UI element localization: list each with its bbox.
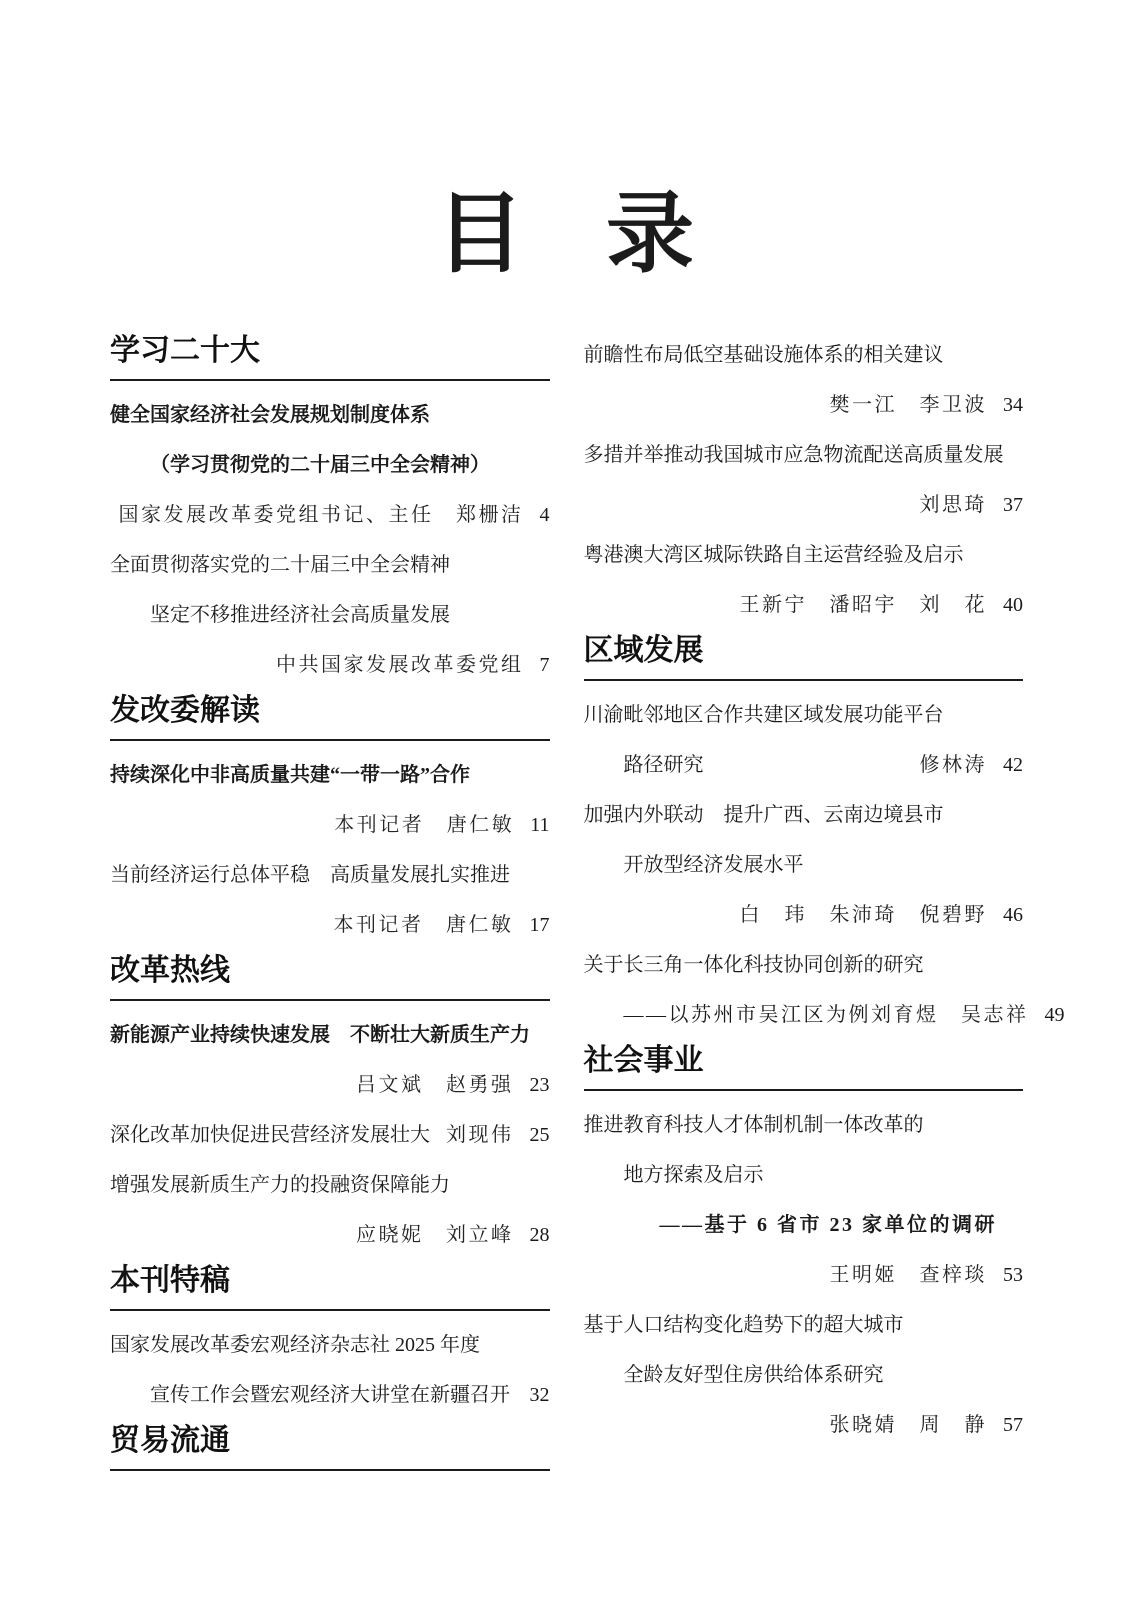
section-title: 本刊特稿: [110, 1264, 230, 1297]
entry-page-number: 53: [1003, 1262, 1023, 1288]
entry-authors: 樊一江 李卫波: [830, 392, 988, 418]
entry-page-number: 46: [1003, 902, 1023, 928]
toc-entry: 粤港澳大湾区城际铁路自主运营经验及启示: [584, 530, 1024, 580]
toc-entry: 增强发展新质生产力的投融资保障能力: [110, 1160, 550, 1210]
entry-title: ——以苏州市吴江区为例: [624, 1002, 872, 1028]
toc-byline: 刘思琦37: [584, 480, 1024, 530]
toc-entry: （学习贯彻党的二十届三中全会精神）: [110, 440, 550, 490]
page-title-char-left: 目: [436, 190, 524, 282]
toc-entry: 新能源产业持续快速发展 不断壮大新质生产力: [110, 1010, 550, 1060]
entry-title: ——基于 6 省市 23 家单位的调研: [660, 1212, 998, 1238]
author-page-group: 刘育煜 吴志祥49: [871, 1002, 1065, 1028]
author-page-group: 王明姬 查梓琰53: [830, 1262, 1024, 1288]
entry-page-number: 4: [540, 502, 550, 528]
author-page-group: 樊一江 李卫波34: [830, 392, 1024, 418]
author-page-group: 刘思琦37: [920, 492, 1024, 518]
entry-title: 宣传工作会暨宏观经济大讲堂在新疆召开: [150, 1382, 510, 1408]
entry-page-number: 49: [1045, 1002, 1065, 1028]
author-page-group: 国家发展改革委党组书记、主任 郑栅洁4: [119, 502, 550, 528]
entry-page-number: 32: [530, 1382, 550, 1408]
author-page-group: 本刊记者 唐仁敏17: [334, 912, 550, 938]
entry-title: 前瞻性布局低空基础设施体系的相关建议: [584, 342, 944, 368]
entry-page-number: 37: [1003, 492, 1023, 518]
entry-title: 粤港澳大湾区城际铁路自主运营经验及启示: [584, 542, 964, 568]
toc-byline: 中共国家发展改革委党组7: [110, 640, 550, 690]
entry-authors: 刘育煜 吴志祥: [871, 1002, 1029, 1028]
author-page-group: 王新宁 潘昭宇 刘 花40: [740, 592, 1024, 618]
toc-entry: 前瞻性布局低空基础设施体系的相关建议: [584, 330, 1024, 380]
entry-title: 持续深化中非高质量共建“一带一路”合作: [110, 762, 470, 788]
toc-byline: 王明姬 查梓琰53: [584, 1250, 1024, 1300]
entry-title: 新能源产业持续快速发展 不断壮大新质生产力: [110, 1022, 530, 1048]
section-header: 区域发展: [584, 632, 1024, 681]
entry-authors: 王新宁 潘昭宇 刘 花: [740, 592, 988, 618]
entry-authors: 国家发展改革委党组书记、主任 郑栅洁: [119, 502, 524, 528]
section-header: 本刊特稿: [110, 1262, 550, 1311]
page-title: 目录: [0, 190, 1130, 282]
author-page-group: 刘现伟25: [446, 1122, 550, 1148]
entry-title: 全面贯彻落实党的二十届三中全会精神: [110, 552, 450, 578]
entry-title: 坚定不移推进经济社会高质量发展: [150, 602, 450, 628]
entry-authors: 王明姬 查梓琰: [830, 1262, 988, 1288]
entry-title: 开放型经济发展水平: [624, 852, 804, 878]
toc-byline: 吕文斌 赵勇强23: [110, 1060, 550, 1110]
entry-title: 推进教育科技人才体制机制一体改革的: [584, 1112, 924, 1138]
entry-authors: 本刊记者 唐仁敏: [334, 912, 514, 938]
author-page-group: 吕文斌 赵勇强23: [356, 1072, 550, 1098]
entry-authors: 白 玮 朱沛琦 倪碧野: [740, 902, 988, 928]
toc-byline: 应晓妮 刘立峰28: [110, 1210, 550, 1260]
section-header: 改革热线: [110, 952, 550, 1001]
entry-authors: 本刊记者 唐仁敏: [334, 812, 514, 838]
entry-authors: 修林涛: [920, 752, 988, 778]
author-page-group: 修林涛42: [920, 752, 1024, 778]
toc-entry: 开放型经济发展水平: [584, 840, 1024, 890]
section-header: 学习二十大: [110, 332, 550, 381]
toc-byline: 本刊记者 唐仁敏11: [110, 800, 550, 850]
entry-title: 多措并举推动我国城市应急物流配送高质量发展: [584, 442, 1004, 468]
entry-title: 国家发展改革委宏观经济杂志社 2025 年度: [110, 1332, 480, 1358]
entry-title: 基于人口结构变化趋势下的超大城市: [584, 1312, 904, 1338]
toc-entry: 路径研究修林涛42: [584, 740, 1024, 790]
section-header: 发改委解读: [110, 692, 550, 741]
entry-authors: 刘思琦: [920, 492, 988, 518]
toc-columns: 学习二十大健全国家经济社会发展规划制度体系（学习贯彻党的二十届三中全会精神）国家…: [0, 330, 1130, 1480]
section-title: 发改委解读: [110, 694, 260, 727]
entry-title: 川渝毗邻地区合作共建区域发展功能平台: [584, 702, 944, 728]
author-page-group: 32: [530, 1382, 550, 1408]
entry-page-number: 25: [530, 1122, 550, 1148]
toc-byline: 白 玮 朱沛琦 倪碧野46: [584, 890, 1024, 940]
entry-authors: 张晓婧 周 静: [830, 1412, 988, 1438]
entry-title: 地方探索及启示: [624, 1162, 764, 1188]
toc-byline: 樊一江 李卫波34: [584, 380, 1024, 430]
entry-page-number: 7: [540, 652, 550, 678]
toc-entry: 当前经济运行总体平稳 高质量发展扎实推进: [110, 850, 550, 900]
toc-column-left: 学习二十大健全国家经济社会发展规划制度体系（学习贯彻党的二十届三中全会精神）国家…: [110, 330, 550, 1480]
section-header: 贸易流通: [110, 1422, 550, 1471]
entry-title: 健全国家经济社会发展规划制度体系: [110, 402, 430, 428]
section-title: 区域发展: [584, 634, 704, 667]
toc-byline: 本刊记者 唐仁敏17: [110, 900, 550, 950]
toc-entry: 地方探索及启示: [584, 1150, 1024, 1200]
entry-title: 路径研究: [624, 752, 704, 778]
entry-page-number: 42: [1003, 752, 1023, 778]
entry-page-number: 28: [530, 1222, 550, 1248]
entry-title: 全龄友好型住房供给体系研究: [624, 1362, 884, 1388]
toc-entry: 多措并举推动我国城市应急物流配送高质量发展: [584, 430, 1024, 480]
toc-entry: 宣传工作会暨宏观经济大讲堂在新疆召开32: [110, 1370, 550, 1420]
toc-entry: ——基于 6 省市 23 家单位的调研: [584, 1200, 1024, 1250]
author-page-group: 白 玮 朱沛琦 倪碧野46: [740, 902, 1024, 928]
section-title: 学习二十大: [110, 334, 260, 367]
toc-page: 目录 学习二十大健全国家经济社会发展规划制度体系（学习贯彻党的二十届三中全会精神…: [0, 0, 1130, 1600]
toc-entry: 全面贯彻落实党的二十届三中全会精神: [110, 540, 550, 590]
entry-page-number: 57: [1003, 1412, 1023, 1438]
entry-title: 深化改革加快促进民营经济发展壮大: [110, 1122, 430, 1148]
toc-entry: ——以苏州市吴江区为例刘育煜 吴志祥49: [584, 990, 1024, 1040]
entry-authors: 刘现伟: [446, 1122, 514, 1148]
entry-page-number: 17: [530, 912, 550, 938]
toc-entry: 健全国家经济社会发展规划制度体系: [110, 390, 550, 440]
toc-entry: 深化改革加快促进民营经济发展壮大刘现伟25: [110, 1110, 550, 1160]
entry-title: 增强发展新质生产力的投融资保障能力: [110, 1172, 450, 1198]
section-title: 社会事业: [584, 1044, 704, 1077]
entry-authors: 应晓妮 刘立峰: [356, 1222, 514, 1248]
author-page-group: 本刊记者 唐仁敏11: [334, 812, 549, 838]
toc-entry: 坚定不移推进经济社会高质量发展: [110, 590, 550, 640]
entry-authors: 吕文斌 赵勇强: [356, 1072, 514, 1098]
entry-title: 关于长三角一体化科技协同创新的研究: [584, 952, 924, 978]
toc-entry: 关于长三角一体化科技协同创新的研究: [584, 940, 1024, 990]
page-title-char-right: 录: [606, 190, 694, 282]
entry-page-number: 40: [1003, 592, 1023, 618]
author-page-group: 中共国家发展改革委党组7: [276, 652, 550, 678]
entry-page-number: 34: [1003, 392, 1023, 418]
section-header: 社会事业: [584, 1042, 1024, 1091]
toc-entry: 加强内外联动 提升广西、云南边境县市: [584, 790, 1024, 840]
entry-page-number: 11: [530, 812, 549, 838]
entry-title: 当前经济运行总体平稳 高质量发展扎实推进: [110, 862, 510, 888]
toc-column-right: 前瞻性布局低空基础设施体系的相关建议樊一江 李卫波34多措并举推动我国城市应急物…: [584, 330, 1024, 1480]
entry-authors: 中共国家发展改革委党组: [276, 652, 524, 678]
entry-page-number: 23: [530, 1072, 550, 1098]
entry-title: （学习贯彻党的二十届三中全会精神）: [150, 452, 490, 478]
toc-entry: 全龄友好型住房供给体系研究: [584, 1350, 1024, 1400]
toc-entry: 国家发展改革委宏观经济杂志社 2025 年度: [110, 1320, 550, 1370]
toc-entry: 基于人口结构变化趋势下的超大城市: [584, 1300, 1024, 1350]
toc-byline: 张晓婧 周 静57: [584, 1400, 1024, 1450]
toc-entry: 川渝毗邻地区合作共建区域发展功能平台: [584, 690, 1024, 740]
toc-entry: 推进教育科技人才体制机制一体改革的: [584, 1100, 1024, 1150]
toc-entry: 持续深化中非高质量共建“一带一路”合作: [110, 750, 550, 800]
section-title: 改革热线: [110, 954, 230, 987]
toc-byline: 国家发展改革委党组书记、主任 郑栅洁4: [110, 490, 550, 540]
author-page-group: 应晓妮 刘立峰28: [356, 1222, 550, 1248]
entry-title: 加强内外联动 提升广西、云南边境县市: [584, 802, 944, 828]
author-page-group: 张晓婧 周 静57: [830, 1412, 1024, 1438]
section-title: 贸易流通: [110, 1424, 230, 1457]
toc-byline: 王新宁 潘昭宇 刘 花40: [584, 580, 1024, 630]
